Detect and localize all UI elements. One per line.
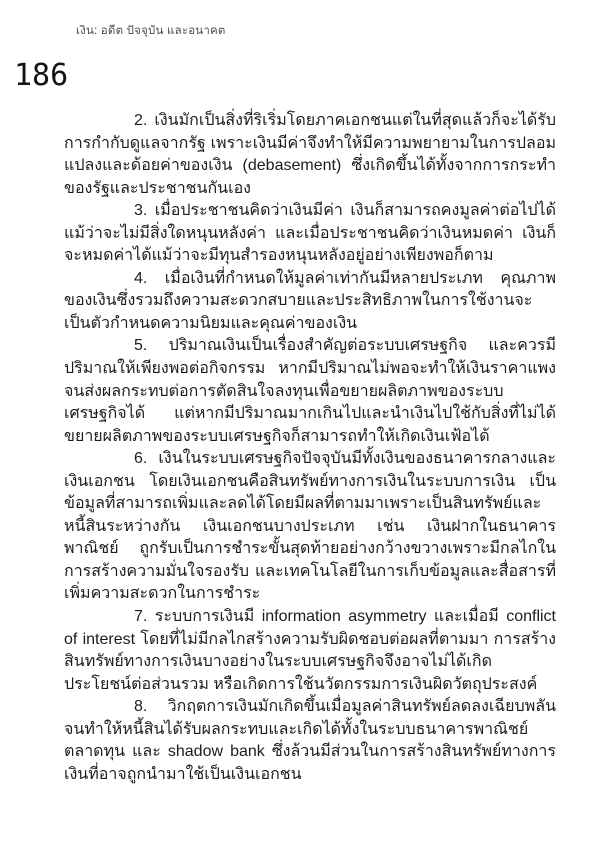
page-number: 186: [14, 58, 68, 94]
paragraph-8: 8. วิกฤตการเงินมักเกิดขึ้นเมื่อมูลค่าสิน…: [64, 696, 556, 786]
paragraph-2: 2. เงินมักเป็นสิ่งที่ริเริ่มโดยภาคเอกชนแ…: [64, 110, 556, 200]
book-page: เงิน: อดีต ปัจจุบัน และอนาคต 186 2. เงิน…: [0, 0, 600, 851]
paragraph-6: 6. เงินในระบบเศรษฐกิจปัจจุบันมีทั้งเงินข…: [64, 448, 556, 606]
body-text: 2. เงินมักเป็นสิ่งที่ริเริ่มโดยภาคเอกชนแ…: [64, 110, 556, 786]
running-head: เงิน: อดีต ปัจจุบัน และอนาคต: [76, 24, 226, 38]
paragraph-7: 7. ระบบการเงินมี information asymmetry แ…: [64, 606, 556, 696]
paragraph-5: 5. ปริมาณเงินเป็นเรื่องสำคัญต่อระบบเศรษฐ…: [64, 335, 556, 448]
paragraph-3: 3. เมื่อประชาชนคิดว่าเงินมีค่า เงินก็สาม…: [64, 200, 556, 268]
paragraph-4: 4. เมื่อเงินที่กำหนดให้มูลค่าเท่ากันมีหล…: [64, 268, 556, 336]
